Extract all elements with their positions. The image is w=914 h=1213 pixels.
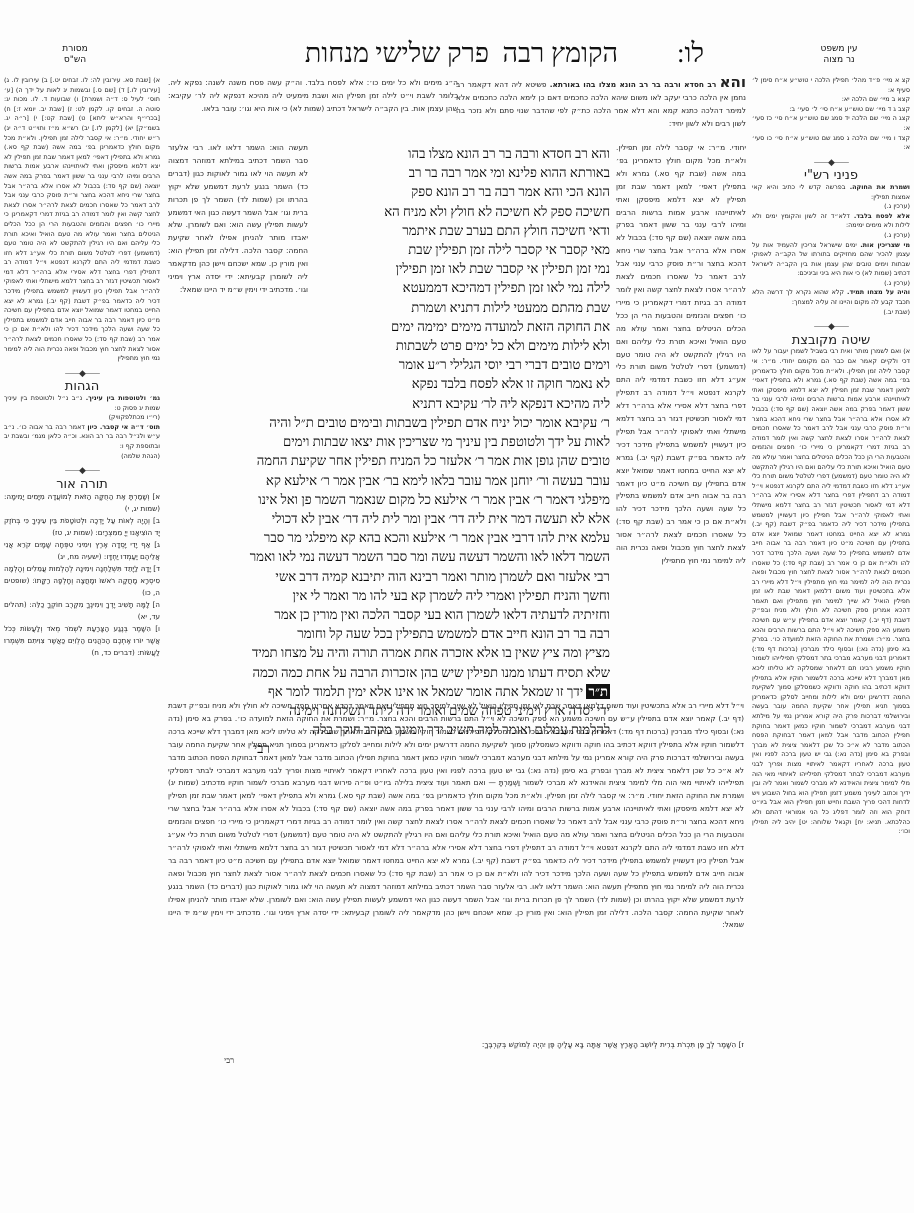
pnei-rashi-entry: ושמרת את החוקה. בפרשה קדש לי כתיב והיא ק… (752, 183, 910, 212)
gemara-line: וחזיתיה לדעתיה דלאו לשמרן הוא בעי קסבר ה… (220, 605, 610, 624)
gemara-line: עלמא אית להו דרבי אבין אמר ר׳ אילעא והכא… (220, 528, 610, 547)
ein-mishpat-entry: קצ א מיי׳ פ״ד מהל׳ תפילין הלכה י טוש״ע א… (752, 76, 910, 95)
ein-mishpat-entry: קצג ה מיי׳ שם הלכה יד סמג שם טוש״ע א״ח ס… (752, 114, 910, 133)
tractate-title: הקומץ רבה (502, 38, 618, 68)
tanu-rabanan-box: ת״ר (586, 684, 610, 699)
ein-mishpat-entry: קצב ג ד מיי׳ שם טוש״ע א״ח סי׳ ל׳ סעי׳ ב: (752, 105, 910, 115)
ornament-divider-icon: ⸺◆⸺ (752, 323, 910, 333)
gemara-line: ר׳ עקיבא אומר יכול יניח אדם תפילין בשבתו… (220, 413, 610, 432)
ornament-divider-icon: ⸺◆⸺ (4, 467, 160, 477)
ein-mishpat-section: קצ א מיי׳ פ״ד מהל׳ תפילין הלכה י טוש״ע א… (752, 76, 910, 153)
hagahot-entry: תוס׳ ד״ה אי קסבר. כיון דאמר רבה בר אבוה … (4, 423, 160, 461)
catchword: רבי (168, 1056, 744, 1070)
gemara-line: ת״ר ידך זו שמאל אתה אומר שמאל או אינו אל… (220, 682, 610, 701)
ein-mishpat-entry: קצד ו מיי׳ שם הלכה ג סמג שם טוש״ע א״ח סי… (752, 134, 910, 153)
ornament-divider-icon: ⸺◆⸺ (752, 159, 910, 169)
shita-mekubetzet-title: שיטה מקובצת (752, 336, 910, 346)
gemara-line: מאי קסבר אי קסבר לילה זמן תפילין שבת (366, 240, 610, 259)
masoret-hashas-label: מסורת הש"ס (40, 44, 110, 66)
gemara-line: שלא תסיח דעתו ממנו תפילין שיש בהן אזכרות… (220, 663, 610, 682)
page-header: עין משפט נר מצוה לו: הקומץ רבה פרק שלישי… (0, 38, 914, 68)
tosafot-bottom-block: וי״ל דלא מיירי רב אלא בתכשיטין ועוד משום… (168, 700, 744, 1040)
ornament-divider-icon: ⸺◆⸺ (4, 370, 160, 380)
torah-ohr-entry: א] וְשָׁמַרְתָּ אֶת הַחֻקָּה הַזֹּאת לְמ… (4, 491, 160, 515)
gemara-line: שבת מהתם ממעטי לילות דתניא ושמרת (366, 298, 610, 317)
hagahot-title: הגהות (4, 382, 160, 392)
torah-ohr-entry: ה] לָמָּה תָשִׁיב יָדְךָ וִימִינֶךָ מִקֶ… (4, 599, 160, 623)
gemara-line: חשיכה ספק לא חשיכה לא חולץ ולא מניח הא (366, 202, 610, 221)
torah-ohr-entry: ו] הִשָּׁמֶר בְּנֶגַע הַצָּרַעַת לִשְׁמֹ… (4, 623, 160, 659)
torah-ohr-entry: ד] יָדָהּ לַיָּתֵד תִּשְׁלַחְנָה וִימִינ… (4, 563, 160, 599)
right-margin-column: קצ א מיי׳ פ״ד מהל׳ תפילין הלכה י טוש״ע א… (752, 76, 910, 1206)
gemara-main-text-narrow: והא רב חסדא ורבה בר רב הונא מצלו בהו באו… (366, 144, 610, 413)
rashi-top: ה״ג מימים ולא כל ימים כו׳: אלא לפסח בלבד… (168, 76, 458, 142)
gemara-line: ולא לילות מימים ולא כל ימים פרט לשבתות (366, 336, 610, 355)
gemara-line: טובים שהן גופן אות אמר ר׳ אלעזר כל המניח… (220, 451, 610, 470)
gemara-line: הונא הכי והא אמר רבה בר רב הונא ספק (366, 182, 610, 201)
gemara-line: וימים טובים דברי רבי יוסי הגלילי ר״ע אומ… (366, 355, 610, 374)
gemara-line: לילה נמי לאו זמן תפילין דמהיכא דממעטא (366, 278, 610, 297)
tosafot-side-column: יחודי. מ״ר: אי קסבר לילה זמן תפילין. ולא… (616, 142, 746, 697)
hagahot-entry: גמ׳ ולטוטפות בין עיניך. נ״ב נ״ל ולטוטפת … (4, 394, 160, 423)
gemara-line: את החוקה הזאת למועדה מימים ימימה ימים (366, 317, 610, 336)
torah-ohr-continuation: ז] הִשָּׁמֶר לְךָ פֶּן תִּכְרֹת בְּרִית … (168, 1040, 744, 1054)
torah-ohr-title: תורה אור (4, 480, 160, 490)
gemara-line: והא רב חסדא ורבה בר רב הונא מצלו בהו (366, 144, 610, 163)
gemara-line: לא נאמר חוקה זו אלא לפסח בלבד נפקא (366, 374, 610, 393)
tosafot-top: והא רב חסדא ורבה בר רב הונא מצלו בהו באו… (456, 76, 746, 142)
gemara-line: נמי זמן תפילין אי קסבר שבת לאו זמן תפילי… (366, 259, 610, 278)
gemara-line: רבה בר רב הונא חייב אדם למשמש בתפילין בכ… (220, 624, 610, 643)
tractate-name: מנחות (305, 38, 369, 68)
gemara-line: ליה מהיכא דנפקא ליה לר׳ עקיבא דתניא (366, 394, 610, 413)
gemara-line: וחשך והניח תפילין ואמרי ליה לשמרן קא בעי… (220, 586, 610, 605)
pnei-rashi-entry: מי שצריכין אות. ימים שישראל צריכין להעמי… (752, 241, 910, 289)
gemara-line: לאות על ידך ולטוטפת בין עיניך מי שצריכין… (220, 432, 610, 451)
page-number: לו: (677, 38, 704, 68)
gemara-line: אלא לא תעשה דמר אית ליה דר׳ אבין ומר לית… (220, 509, 610, 528)
pnei-rashi-entry: והיה על מצחו תמיד. קלא שהוא נקרא לך דרשה… (752, 288, 910, 317)
pnei-rashi-title: פניני רש"י (752, 171, 910, 181)
torah-ohr-entry: ב] וְהָיָה לְאוֹת עַל יָדְכָה וּלְטוֹטָפ… (4, 515, 160, 539)
gemara-line: מציץ ומה ציץ שאין בו אלא אזכרה אחת אמרה … (220, 643, 610, 662)
chapter-label: פרק שלישי (375, 38, 489, 68)
gemara-line: מיפלגי דאמר ר׳ אבין אמר ר׳ אילעא כל מקום… (220, 490, 610, 509)
pnei-rashi-entry: אלא לפסח בלבד. דלא״ד זה לשון והקומץ ימים… (752, 212, 910, 241)
gemara-line: ודאי חשיכה חולץ התם בערב שבת איתמר (366, 221, 610, 240)
gemara-line: רבי אלעזר ואם לשמרן מותר ואמר רבינא הוה … (220, 567, 610, 586)
left-margin-column: א) [שבת סא. עירובין לה: לו. זבחים יט.] ב… (4, 76, 160, 1206)
rashi-side-column: תעשה הוא: השמר דלאו לאו. רבי אלעזר סבר ה… (168, 142, 308, 392)
gemara-line: השמר דלאו לאו והשמר דעשה עשה ומר סבר השמ… (220, 547, 610, 566)
shita-mekubetzet-text: א) ואם לשמרן מותר ואית רבי בשביל לשמרן י… (752, 347, 910, 836)
ein-mishpat-entry: קצא ב מיי׳ שם הלכה יא: (752, 95, 910, 105)
ein-mishpat-label: עין משפט נר מצוה (804, 44, 874, 66)
torah-ohr-section: א] וְשָׁמַרְתָּ אֶת הַחֻקָּה הַזֹּאת לְמ… (4, 491, 160, 659)
gemara-line: באורתא ההוא פלינא ומי אמר רבה בר רב (366, 163, 610, 182)
torah-ohr-entry: ג] אַף יָדִי יָסְדָה אֶרֶץ וִימִינִי טִפ… (4, 539, 160, 563)
masoret-hashas-section: א) [שבת סא. עירובין לה: לו. זבחים יט.] ב… (4, 76, 160, 364)
gemara-line: עובר בעשה ור׳ יוחנן אמר עובר בלאו לימא ב… (220, 471, 610, 490)
